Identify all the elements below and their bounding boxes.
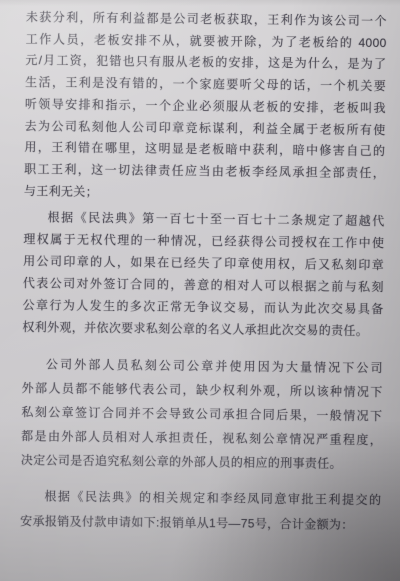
paragraph: 根据《民法典》第一百七十至一百七十二条规定了超越代理权属于无权代理的一种情况，已… bbox=[22, 207, 384, 343]
text-line: 决定公司是否追究私刻公章的外部人员的相应的刑事责任。 bbox=[21, 448, 382, 476]
paragraph: 公司外部人员私刻公司公章并使用因为大量情况下公司外部人员都不能够代表公司，缺少权… bbox=[21, 352, 383, 476]
document-text: 未获分利，所有利益都是公司老板获取，王利作为该公司一个工作人员，老板安排不从，就… bbox=[20, 7, 387, 539]
text-line: 权利外观，并依次要求私刻公章的名义人承担此次交易的责任。 bbox=[22, 317, 383, 343]
paragraph: 根据《民法典》的相关规定和李经凤同意审批王利提交的安承报销及付款申请如下:报销单… bbox=[20, 484, 382, 539]
document-photo: 未获分利，所有利益都是公司老板获取，王利作为该公司一个工作人员，老板安排不从，就… bbox=[0, 0, 400, 581]
text-line: 与王利无关； bbox=[24, 181, 385, 207]
paragraph: 未获分利，所有利益都是公司老板获取，王利作为该公司一个工作人员，老板安排不从，就… bbox=[24, 7, 387, 206]
text-line: 安承报销及付款申请如下:报销单从1号—75号，合计金额为： bbox=[20, 509, 381, 539]
